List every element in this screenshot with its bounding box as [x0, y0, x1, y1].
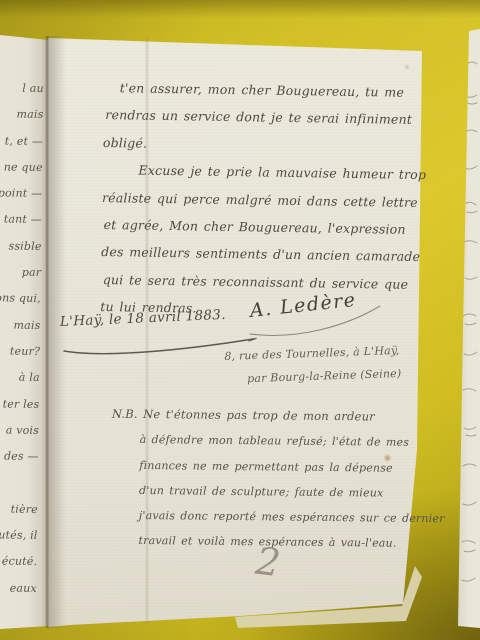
photograph-of-letter: l au mais t, et — ne que point — tant — …	[0, 0, 480, 640]
left-page-line-fragment: tant —	[0, 206, 42, 234]
left-page-line-fragment: t, et —	[0, 127, 43, 155]
left-page-line-fragment: écuté.	[0, 548, 37, 576]
left-page-line-fragment: eaux	[0, 574, 37, 602]
letter-line: rendras un service dont je te serai infi…	[105, 101, 433, 134]
sender-address: 8, rue des Tournelles, à L'Haÿ, par Bour…	[224, 340, 402, 391]
page-fold-seam	[45, 36, 49, 628]
postscript: N.B. Ne t'étonnes pas trop de mon ardeur…	[138, 402, 445, 557]
postscript-line: finances ne me permettant pas la dépense	[139, 453, 445, 481]
left-page-line-fragment: ssible	[0, 232, 42, 260]
left-page-line-fragment: point —	[0, 180, 43, 208]
left-page-line-fragment: l au	[0, 75, 44, 103]
left-page-line-fragment	[0, 469, 38, 497]
left-page-line-fragment: mais	[0, 311, 41, 339]
letter-body: t'en assurer, mon cher Bouguereau, tu me…	[100, 74, 434, 326]
postscript-line: à défendre mon tableau refusé; l'état de…	[139, 427, 445, 455]
left-page-line-fragment: a vois	[0, 416, 39, 444]
postscript-line: j'avais donc reporté mes espérances sur …	[139, 503, 445, 531]
paper-spot	[404, 64, 410, 70]
left-page-line-fragment: ter les	[0, 390, 40, 418]
left-page-line-fragment: tière	[0, 495, 38, 523]
postscript-line: N.B. Ne t'étonnes pas trop de mon ardeur	[112, 402, 446, 431]
left-page-line-fragment: par	[0, 259, 41, 287]
top-shadow-band	[0, 0, 480, 18]
left-page-line-fragment: utés, il	[0, 522, 38, 550]
postscript-line: d'un travail de sculpture; faute de mieu…	[139, 478, 445, 506]
left-page-line-fragment: ce des —	[0, 443, 39, 471]
fold-shadow	[48, 36, 66, 628]
left-page-line-fragment: à la	[0, 364, 40, 392]
left-page-line-fragment: teur?	[0, 337, 40, 365]
postscript-line: travail et voilà mes espérances à vau-l'…	[138, 528, 444, 556]
left-page-line-fragment: ne que	[0, 153, 43, 181]
left-page-line-fragments: l au mais t, et — ne que point — tant — …	[0, 75, 44, 602]
left-page-line-fragment: mais	[0, 101, 44, 129]
left-page-line-fragment: ons qui,	[0, 285, 41, 313]
